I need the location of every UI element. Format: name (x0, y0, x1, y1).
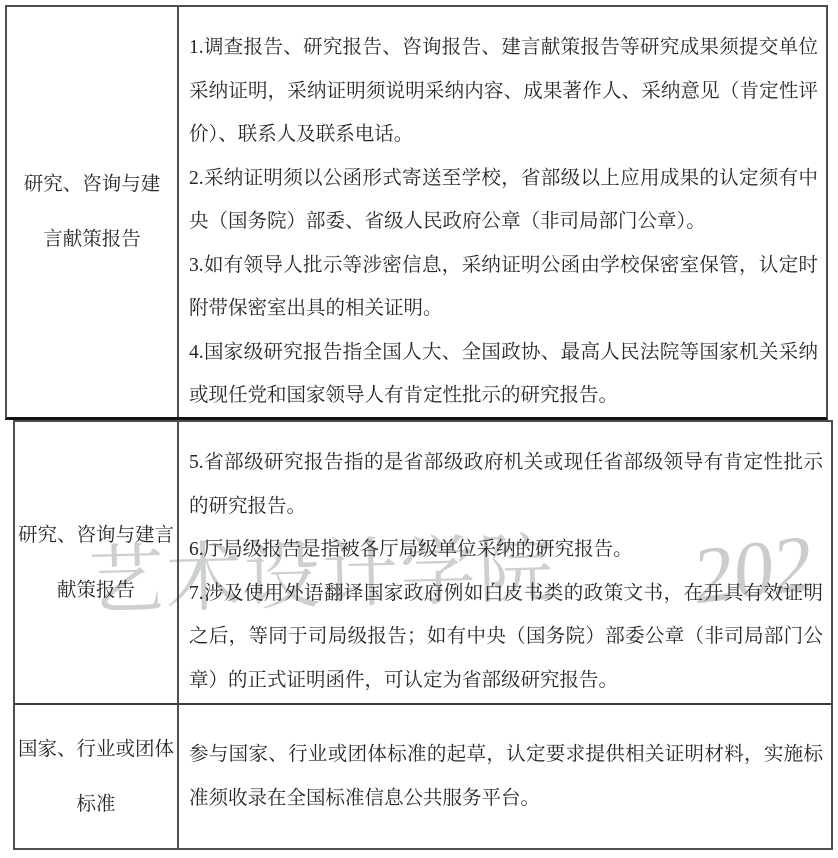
criteria-item-2: 2.采纳证明须以公函形式寄送至学校，省部级以上应用成果的认定须有中央（国务院）部… (189, 157, 818, 244)
category-cell-standards: 国家、行业或团体 标准 (15, 705, 179, 848)
criteria-item-1: 1.调查报告、研究报告、咨询报告、建言献策报告等研究成果须提交单位采纳证明，采纳… (189, 26, 818, 157)
criteria-cell-reports-1: 1.调查报告、研究报告、咨询报告、建言献策报告等研究成果须提交单位采纳证明，采纳… (179, 7, 826, 417)
table-row-reports-2: 研究、咨询与建言 献策报告 5.省部级研究报告指的是省部级政府机关或现任省部级领… (15, 422, 831, 705)
criteria-cell-standards: 参与国家、行业或团体标准的起草，认定要求提供相关证明材料，实施标准须收录在全国标… (179, 705, 831, 848)
criteria-item-5: 5.省部级研究报告指的是省部级政府机关或现任省部级领导有肯定性批示的研究报告。 (189, 441, 823, 528)
category-label-line: 国家、行业或团体 (18, 722, 174, 777)
criteria-item-7: 7.涉及使用外语翻译国家政府例如白皮书类的政策文书，在开具有效证明之后，等同于司… (189, 572, 823, 703)
criteria-item-6: 6.厅局级报告是指被各厅局级单位采纳的研究报告。 (189, 528, 823, 572)
category-label-line: 献策报告 (57, 563, 135, 618)
category-cell-reports-1: 研究、咨询与建 言献策报告 (7, 7, 179, 417)
document-page: 艺术设计学院 202 研究、咨询与建 言献策报告 1.调查报告、研究报告、咨询报… (0, 0, 838, 858)
table-bottom: 研究、咨询与建言 献策报告 5.省部级研究报告指的是省部级政府机关或现任省部级领… (13, 420, 833, 850)
table-row-standards: 国家、行业或团体 标准 参与国家、行业或团体标准的起草，认定要求提供相关证明材料… (15, 705, 831, 848)
criteria-item-4: 4.国家级研究报告指全国人大、全国政协、最高人民法院等国家机关采纳或现任党和国家… (189, 331, 818, 418)
category-label-line: 研究、咨询与建言 (18, 508, 174, 563)
category-cell-reports-2: 研究、咨询与建言 献策报告 (15, 422, 179, 703)
category-label-line: 研究、咨询与建 (24, 157, 161, 212)
criteria-item-3: 3.如有领导人批示等涉密信息，采纳证明公函由学校保密室保管，认定时附带保密室出具… (189, 244, 818, 331)
category-label-line: 言献策报告 (43, 212, 141, 267)
category-label-line: 标准 (76, 777, 115, 832)
criteria-item-standards: 参与国家、行业或团体标准的起草，认定要求提供相关证明材料，实施标准须收录在全国标… (189, 733, 823, 820)
criteria-cell-reports-2: 5.省部级研究报告指的是省部级政府机关或现任省部级领导有肯定性批示的研究报告。 … (179, 422, 831, 703)
table-top: 研究、咨询与建 言献策报告 1.调查报告、研究报告、咨询报告、建言献策报告等研究… (5, 5, 828, 420)
